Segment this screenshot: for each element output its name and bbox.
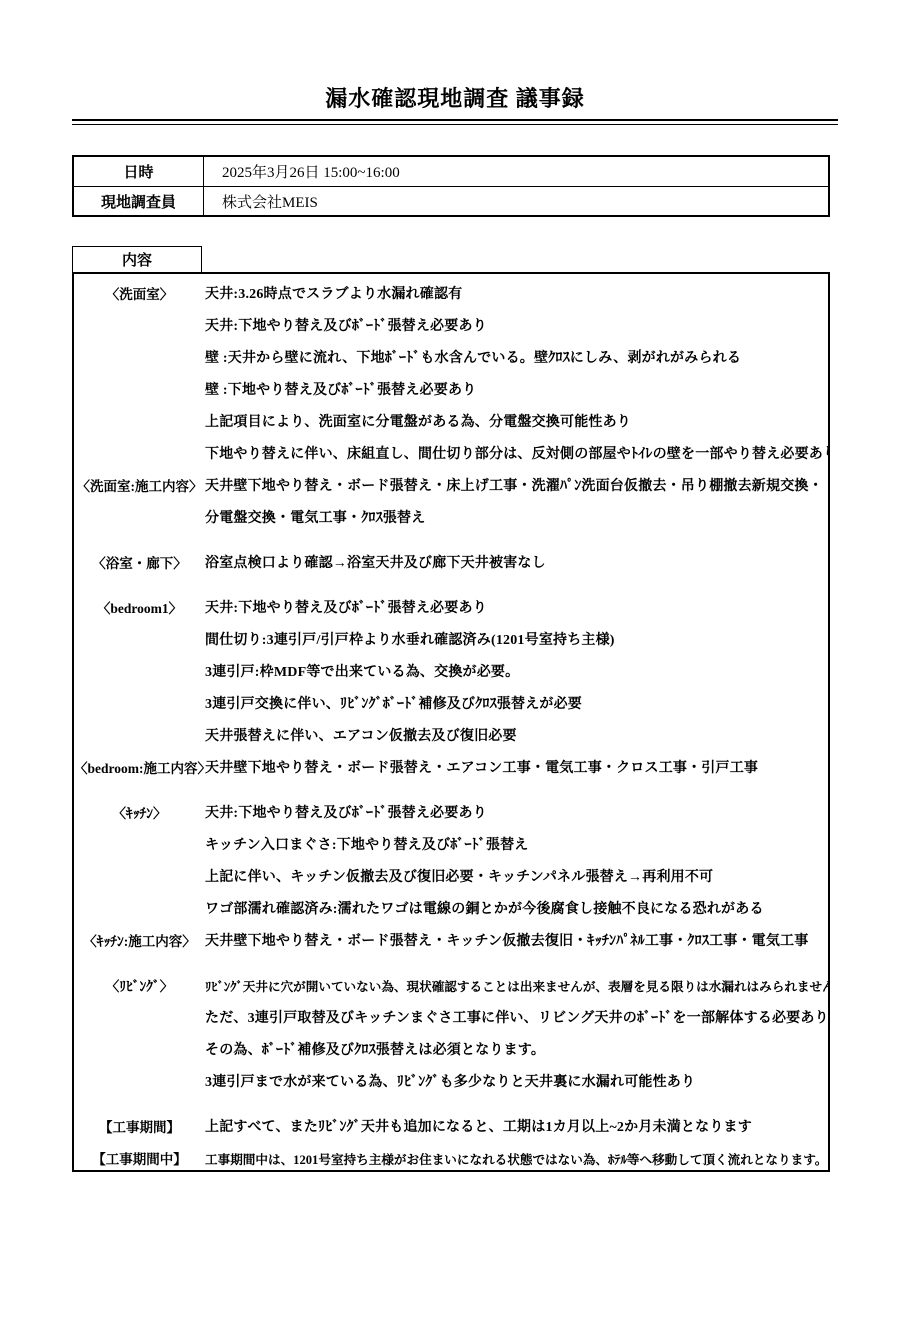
section-spacer: [74, 783, 828, 796]
content-row: 3連引戸交換に伴い、ﾘﾋﾞﾝｸﾞﾎﾞｰﾄﾞ補修及びｸﾛｽ張替えが必要: [74, 687, 828, 719]
row-text: キッチン入口まぐさ:下地やり替え及びﾎﾞｰﾄﾞ張替え: [205, 834, 828, 854]
row-text: 天井:下地やり替え及びﾎﾞｰﾄﾞ張替え必要あり: [205, 597, 828, 617]
content-row: 上記項目により、洗面室に分電盤がある為、分電盤交換可能性あり: [74, 405, 828, 437]
row-text: 天井:3.26時点でスラブより水漏れ確認有: [205, 283, 828, 303]
section-spacer: [74, 578, 828, 591]
row-text: 3連引戸交換に伴い、ﾘﾋﾞﾝｸﾞﾎﾞｰﾄﾞ補修及びｸﾛｽ張替えが必要: [205, 693, 828, 713]
row-text: 上記項目により、洗面室に分電盤がある為、分電盤交換可能性あり: [205, 411, 828, 431]
content-row: ただ、3連引戸取替及びキッチンまぐさ工事に伴い、リビング天井のﾎﾞｰﾄﾞを一部解…: [74, 1001, 828, 1033]
datetime-label: 日時: [74, 157, 204, 186]
surveyor-label: 現地調査員: [74, 187, 204, 215]
content-rows: 〈洗面室〉天井:3.26時点でスラブより水漏れ確認有天井:下地やり替え及びﾎﾞｰ…: [74, 277, 828, 1172]
row-text: 天井壁下地やり替え・ボード張替え・キッチン仮撤去復旧・ｷｯﾁﾝﾊﾟﾈﾙ工事・ｸﾛ…: [205, 930, 828, 950]
content-header-cell: 内容: [72, 246, 202, 272]
row-text: その為、ﾎﾞｰﾄﾞ補修及びｸﾛｽ張替えは必須となります。: [205, 1039, 828, 1059]
row-text: 分電盤交換・電気工事・ｸﾛｽ張替え: [205, 507, 828, 527]
row-text: ただ、3連引戸取替及びキッチンまぐさ工事に伴い、リビング天井のﾎﾞｰﾄﾞを一部解…: [205, 1007, 830, 1027]
content-row: 3連引戸まで水が来ている為、ﾘﾋﾞﾝｸﾞも多少なりと天井裏に水漏れ可能性あり: [74, 1065, 828, 1097]
content-row: ワゴ部濡れ確認済み:濡れたワゴは電線の銅とかが今後腐食し接触不良になる恐れがある: [74, 892, 828, 924]
content-row: 間仕切り:3連引戸/引戸枠より水垂れ確認済み(1201号室持ち主様): [74, 623, 828, 655]
row-label: 〈ﾘﾋﾞﾝｸﾞ〉: [74, 975, 205, 995]
row-text: 上記に伴い、キッチン仮撤去及び復旧必要・キッチンパネル張替え→再利用不可: [205, 866, 828, 886]
content-row: 分電盤交換・電気工事・ｸﾛｽ張替え: [74, 501, 828, 533]
row-text: 3連引戸:枠MDF等で出来ている為、交換が必要。: [205, 661, 828, 681]
info-table: 日時 2025年3月26日 15:00~16:00 現地調査員 株式会社MEIS: [72, 155, 830, 217]
info-row-surveyor: 現地調査員 株式会社MEIS: [74, 186, 828, 215]
section-spacer: [74, 533, 828, 546]
row-text: 天井:下地やり替え及びﾎﾞｰﾄﾞ張替え必要あり: [205, 802, 828, 822]
row-text: 浴室点検口より確認→浴室天井及び廊下天井被害なし: [205, 552, 828, 572]
content-row: 3連引戸:枠MDF等で出来ている為、交換が必要。: [74, 655, 828, 687]
content-row: 〈bedroom:施工内容〉天井壁下地やり替え・ボード張替え・エアコン工事・電気…: [74, 751, 828, 783]
section-spacer: [74, 1097, 828, 1110]
row-text: 天井壁下地やり替え・ボード張替え・床上げ工事・洗濯ﾊﾟﾝ洗面台仮撤去・吊り棚撤去…: [205, 475, 828, 495]
row-label: 〈bedroom:施工内容〉: [74, 757, 205, 777]
content-row: 壁 :天井から壁に流れ、下地ﾎﾞｰﾄﾞも水含んでいる。壁ｸﾛｽにしみ、剥がれがみ…: [74, 341, 828, 373]
row-text: 壁 :下地やり替え及びﾎﾞｰﾄﾞ張替え必要あり: [205, 379, 828, 399]
row-label: 【工事期間】: [74, 1116, 205, 1136]
content-row: 〈洗面室〉天井:3.26時点でスラブより水漏れ確認有: [74, 277, 828, 309]
content-row: 上記に伴い、キッチン仮撤去及び復旧必要・キッチンパネル張替え→再利用不可: [74, 860, 828, 892]
content-row: キッチン入口まぐさ:下地やり替え及びﾎﾞｰﾄﾞ張替え: [74, 828, 828, 860]
row-label: 【工事期間中】: [74, 1148, 205, 1168]
row-label: 〈浴室・廊下〉: [74, 552, 205, 572]
content-row: 〈bedroom1〉天井:下地やり替え及びﾎﾞｰﾄﾞ張替え必要あり: [74, 591, 828, 623]
row-label: 〈洗面室〉: [74, 283, 205, 303]
row-label: 〈ｷｯﾁﾝ〉: [74, 802, 205, 822]
content-table: 〈洗面室〉天井:3.26時点でスラブより水漏れ確認有天井:下地やり替え及びﾎﾞｰ…: [72, 272, 830, 1172]
row-text: 天井:下地やり替え及びﾎﾞｰﾄﾞ張替え必要あり: [205, 315, 828, 335]
content-row: その為、ﾎﾞｰﾄﾞ補修及びｸﾛｽ張替えは必須となります。: [74, 1033, 828, 1065]
content-row: 〈ﾘﾋﾞﾝｸﾞ〉ﾘﾋﾞﾝｸﾞ天井に穴が開いていない為、現状確認することは出来ませ…: [74, 969, 828, 1001]
content-row: 〈ｷｯﾁﾝ:施工内容〉天井壁下地やり替え・ボード張替え・キッチン仮撤去復旧・ｷｯ…: [74, 924, 828, 956]
content-row: 〈浴室・廊下〉浴室点検口より確認→浴室天井及び廊下天井被害なし: [74, 546, 828, 578]
info-row-datetime: 日時 2025年3月26日 15:00~16:00: [74, 157, 828, 186]
content-row: 【工事期間中】工事期間中は、1201号室持ち主様がお住まいになれる状態ではない為…: [74, 1142, 828, 1172]
content-row: 壁 :下地やり替え及びﾎﾞｰﾄﾞ張替え必要あり: [74, 373, 828, 405]
document-page: { "page": { "title": "漏水確認現地調査 議事録" }, "…: [0, 82, 910, 1342]
row-text: ﾘﾋﾞﾝｸﾞ天井に穴が開いていない為、現状確認することは出来ませんが、表層を見る…: [205, 976, 830, 995]
datetime-value: 2025年3月26日 15:00~16:00: [204, 157, 828, 186]
row-label: 〈ｷｯﾁﾝ:施工内容〉: [74, 930, 205, 950]
page-title: 漏水確認現地調査 議事録: [0, 82, 910, 113]
row-text: 下地やり替えに伴い、床組直し、間仕切り部分は、反対側の部屋やﾄｲﾚの壁を一部やり…: [205, 443, 830, 463]
title-double-rule: [72, 119, 838, 125]
content-row: 〈洗面室:施工内容〉天井壁下地やり替え・ボード張替え・床上げ工事・洗濯ﾊﾟﾝ洗面…: [74, 469, 828, 501]
row-text: 間仕切り:3連引戸/引戸枠より水垂れ確認済み(1201号室持ち主様): [205, 629, 828, 649]
content-row: 天井張替えに伴い、エアコン仮撤去及び復旧必要: [74, 719, 828, 751]
content-row: 天井:下地やり替え及びﾎﾞｰﾄﾞ張替え必要あり: [74, 309, 828, 341]
row-text: 上記すべて、またﾘﾋﾞﾝｸﾞ天井も追加になると、工期は1カ月以上~2か月未満とな…: [205, 1116, 828, 1136]
row-text: 天井壁下地やり替え・ボード張替え・エアコン工事・電気工事・クロス工事・引戸工事: [205, 757, 828, 777]
row-text: ワゴ部濡れ確認済み:濡れたワゴは電線の銅とかが今後腐食し接触不良になる恐れがある: [205, 898, 828, 918]
surveyor-value: 株式会社MEIS: [204, 187, 828, 215]
row-text: 3連引戸まで水が来ている為、ﾘﾋﾞﾝｸﾞも多少なりと天井裏に水漏れ可能性あり: [205, 1071, 828, 1091]
row-text: 工事期間中は、1201号室持ち主様がお住まいになれる状態ではない為、ﾎﾃﾙ等へ移…: [205, 1149, 828, 1168]
row-text: 天井張替えに伴い、エアコン仮撤去及び復旧必要: [205, 725, 828, 745]
row-label: 〈洗面室:施工内容〉: [74, 475, 205, 495]
row-label: 〈bedroom1〉: [74, 597, 205, 617]
content-row: 下地やり替えに伴い、床組直し、間仕切り部分は、反対側の部屋やﾄｲﾚの壁を一部やり…: [74, 437, 828, 469]
section-spacer: [74, 956, 828, 969]
content-row: 【工事期間】上記すべて、またﾘﾋﾞﾝｸﾞ天井も追加になると、工期は1カ月以上~2…: [74, 1110, 828, 1142]
content-row: 〈ｷｯﾁﾝ〉天井:下地やり替え及びﾎﾞｰﾄﾞ張替え必要あり: [74, 796, 828, 828]
row-text: 壁 :天井から壁に流れ、下地ﾎﾞｰﾄﾞも水含んでいる。壁ｸﾛｽにしみ、剥がれがみ…: [205, 347, 828, 367]
